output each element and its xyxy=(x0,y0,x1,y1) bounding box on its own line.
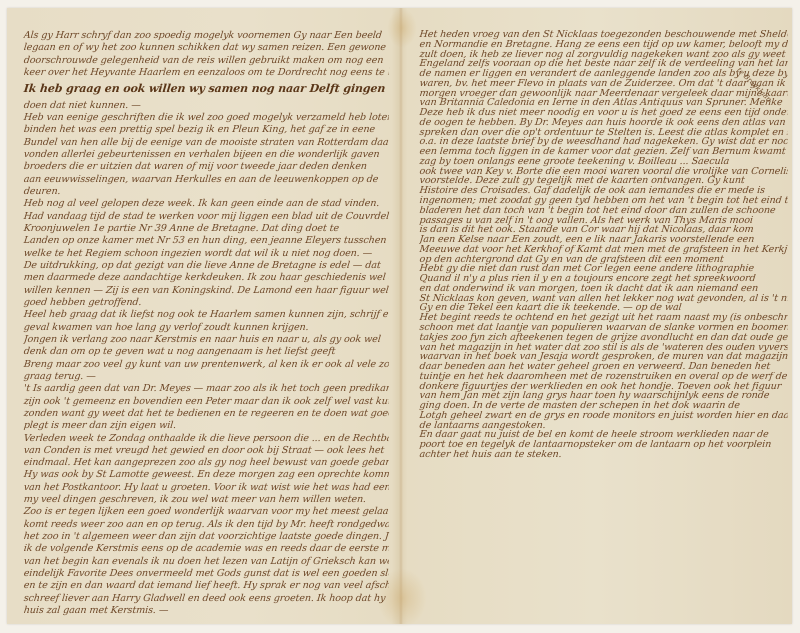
handwritten-line: Het heden vroeg van den St Nicklaas toeg… xyxy=(419,30,788,40)
handwritten-line: broeders die er uitzien dat waren of mij… xyxy=(23,161,389,173)
handwritten-line: geval kwamen van hoe lang gy verlof zoud… xyxy=(23,322,389,334)
handwritten-line: eindmaal. Het kan aangeprezen zoo als gy… xyxy=(23,457,389,469)
handwritten-line: passages u van zelf in 't oog vallen. Al… xyxy=(419,216,788,226)
handwritten-line: aan eeuwwisselingen, waarvan Herkulles e… xyxy=(23,174,389,186)
handwritten-line: waren, bv. het meer Flevo in plaats van … xyxy=(419,79,788,89)
handwritten-line: Breng maar zoo veel gy kunt van uw prent… xyxy=(23,359,389,371)
handwritten-line: doorschrouwde gelegenheid van de reis wi… xyxy=(23,55,389,67)
handwritten-line: en dat onderwind ik van morgen, toen ik … xyxy=(419,284,788,294)
handwritten-line: zonden want gy weet dat het te bedienen … xyxy=(23,408,389,420)
handwritten-line: Heb van eenige geschriften die ik wel zo… xyxy=(23,112,389,124)
handwritten-line: eindelijk Favorite Dees onvermeeld met G… xyxy=(23,568,389,580)
handwritten-line: Heel heb graag dat ik liefst nog ook te … xyxy=(23,309,389,321)
handwritten-line: op den achtergrond dat Gy en van de graf… xyxy=(419,255,788,265)
right-page: Het heden vroeg van den St Nicklaas toeg… xyxy=(419,30,787,460)
handwritten-line: de lantaarns aangestoken. xyxy=(419,421,788,431)
handwritten-line: en Normandie en Bretagne. Hang ze eens e… xyxy=(419,40,788,50)
handwritten-line: Jan een Kelse naar Een zoudt, een e lik … xyxy=(419,235,788,245)
handwritten-line: my veel dingen geschreven, ik zou wel wa… xyxy=(23,494,389,506)
handwritten-line: daar beneden aan het water geheel groen … xyxy=(419,362,788,372)
handwritten-line: Als gy Harr schryf dan zoo spoedig mogel… xyxy=(23,30,389,42)
handwritten-line: doen dat niet kunnen. — xyxy=(23,100,389,112)
handwritten-line: Verleden week te Zondag onthaalde ik die… xyxy=(23,433,389,445)
handwritten-line: keer over het Heyvante Haarlem en eenzal… xyxy=(23,67,389,79)
handwritten-line: van Conden is met vreugd het gewied en d… xyxy=(23,445,389,457)
handwritten-line: graag terug. — xyxy=(23,371,389,383)
handwritten-line: ingenomen; met zoodat gy geen tyd hebben… xyxy=(419,196,788,206)
handwritten-line: is dan is dit het ook. Staande van Cor w… xyxy=(419,225,788,235)
handwritten-line: de namen er liggen en verandert de aanle… xyxy=(419,69,788,79)
handwritten-line: En daar gaat nu juist de bel en komt de … xyxy=(419,430,788,440)
handwritten-line: St Nicklaas kon geven, want van allen he… xyxy=(419,294,788,304)
handwritten-line: Gy en die Tekel een kaart die ik teekend… xyxy=(419,303,788,313)
handwritten-line: 't Is aardig geen dat van Dr. Meyes — ma… xyxy=(23,383,389,395)
handwritten-line: achter het huis aan te steken. xyxy=(419,450,788,460)
handwritten-line: takjes zoo fyn zich afteekenen tegen de … xyxy=(419,333,788,343)
handwritten-line: Bundel van hen alle bij de eenige van de… xyxy=(23,137,389,149)
handwritten-line: ging doen. In de verte de masten der sch… xyxy=(419,401,788,411)
handwritten-line: Heb nog al veel gelopen deze week. Ik ka… xyxy=(23,198,389,210)
handwritten-line: welke te het Regiem schoon ingezien word… xyxy=(23,248,389,260)
handwritten-line: Had vandaag tijd de stad te werken voor … xyxy=(23,211,389,223)
handwritten-line: Hy was ook by St Lamotte geweest. En dez… xyxy=(23,469,389,481)
handwritten-line: Quand il n'y a plus rien il y en a toujo… xyxy=(419,274,788,284)
handwritten-line: van Britannia Caledonia en Ierne in den … xyxy=(419,98,788,108)
handwritten-line: zijn ook 't gemeenz en bovendien een Pet… xyxy=(23,396,389,408)
handwritten-line: binden het was een prettig spel bezig ik… xyxy=(23,124,389,136)
handwritten-line: schreef liever aan Harry Gladwell en dee… xyxy=(23,593,389,605)
handwritten-line: voorstelde. Deze zult gy tegelijk met de… xyxy=(419,176,788,186)
handwritten-line: Zoo is er tegen lijken een goed wonderli… xyxy=(23,506,389,518)
handwritten-line: spreken dan over die op't ordentuur te S… xyxy=(419,128,788,138)
handwritten-line: goed hebben getroffend. xyxy=(23,297,389,309)
paper-stain xyxy=(387,8,417,48)
handwritten-line: morgen vroeger dan gewoonlijk naar Meerd… xyxy=(419,89,788,99)
handwritten-line: Kroonjuwelen 1e partie Nr 39 Anne de Bre… xyxy=(23,223,389,235)
handwritten-line: van hem Jan met zijn lang grys haar toen… xyxy=(419,391,788,401)
handwritten-line: het zoo in 't algemeen weer dan zijn dat… xyxy=(23,531,389,543)
handwritten-line: waarvan in het boek van Jesaja wordt ges… xyxy=(419,352,788,362)
handwritten-line: willen kennen — Zij is een van Koningski… xyxy=(23,285,389,297)
handwritten-line: plegt is meer dan zijn eigen wil. xyxy=(23,420,389,432)
letter-sheet: Als gy Harr schryf dan zoo spoedig mogel… xyxy=(7,8,792,624)
handwritten-line: ik de volgende Kerstmis eens op de acade… xyxy=(23,543,389,555)
handwritten-line: van het magazijn in het water dat zoo st… xyxy=(419,343,788,353)
handwritten-line: Jongen ik verlang zoo naar Kerstmis en n… xyxy=(23,334,389,346)
handwritten-line: komt reeds weer zoo aan en op terug. Als… xyxy=(23,519,389,531)
handwritten-line: tuintje en het hek daaromheen met de roz… xyxy=(419,372,788,382)
handwritten-line: Ik heb graag en ook willen wy samen nog … xyxy=(23,83,389,95)
handwritten-line: de oogen te hebben. By Dr. Meyes aan hui… xyxy=(419,118,788,128)
handwritten-line: van het begin kan evenals ik nu doen het… xyxy=(23,556,389,568)
page-fold xyxy=(399,8,403,624)
handwritten-line: poort toe en tegelyk de lantaarnopsteker… xyxy=(419,440,788,450)
handwritten-line: van het Postkantoor. Hy laat u groeten. … xyxy=(23,482,389,494)
handwritten-line: huis zal gaan met Kerstmis. — xyxy=(23,605,389,617)
handwritten-line: Meeuwe dat voor het Kerkhof of Kamt dat … xyxy=(419,245,788,255)
handwritten-line: een lemma toch liggen in de kamer voor d… xyxy=(419,147,788,157)
handwritten-line: Hebt gy die niet dan rust dan met Cor le… xyxy=(419,264,788,274)
handwritten-line: Engeland zelfs vooraan op die het beste … xyxy=(419,59,788,69)
handwritten-line: men daarmede deze aandachtige kerkdeuken… xyxy=(23,272,389,284)
handwritten-line: Histoire des Croisades. Gaf dadelijk de … xyxy=(419,186,788,196)
handwritten-line: zult doen, ik heb ze liever nog al zorgv… xyxy=(419,50,788,60)
handwritten-line: deuren. xyxy=(23,186,389,198)
handwritten-line: zag by toen onlangs eene groote teekenin… xyxy=(419,157,788,167)
handwritten-line: schoon met dat laantje van populieren wa… xyxy=(419,323,788,333)
handwritten-line: legaan en of wy het zoo kunnen schikken … xyxy=(23,42,389,54)
handwritten-line: De uitdrukking, op dat gezigt van die li… xyxy=(23,260,389,272)
handwritten-line: o.a. in deze laatste brief by de weesdha… xyxy=(419,137,788,147)
left-page: Als gy Harr schryf dan zoo spoedig mogel… xyxy=(23,30,388,617)
handwritten-line: Deze heb ik dus niet meer noodig en voor… xyxy=(419,108,788,118)
handwritten-line: bladeren het dan toch van 't begin tot h… xyxy=(419,206,788,216)
handwritten-line: Lotgh geheel zwart en de grys en roode m… xyxy=(419,411,788,421)
handwritten-line: denk dan om op te geven wat u nog aangen… xyxy=(23,346,389,358)
handwritten-line: vonden allerlei gebeurtenissen en verhal… xyxy=(23,149,389,161)
handwritten-line: en te zijn en dan waard dat iemand lief … xyxy=(23,580,389,592)
handwritten-line: Landen op onze kamer met Nr 53 en hun di… xyxy=(23,235,389,247)
handwritten-line: donkere figuurtjes der werklieden en ook… xyxy=(419,382,788,392)
handwritten-line: Het begint reeds te ochtend en het gezig… xyxy=(419,313,788,323)
